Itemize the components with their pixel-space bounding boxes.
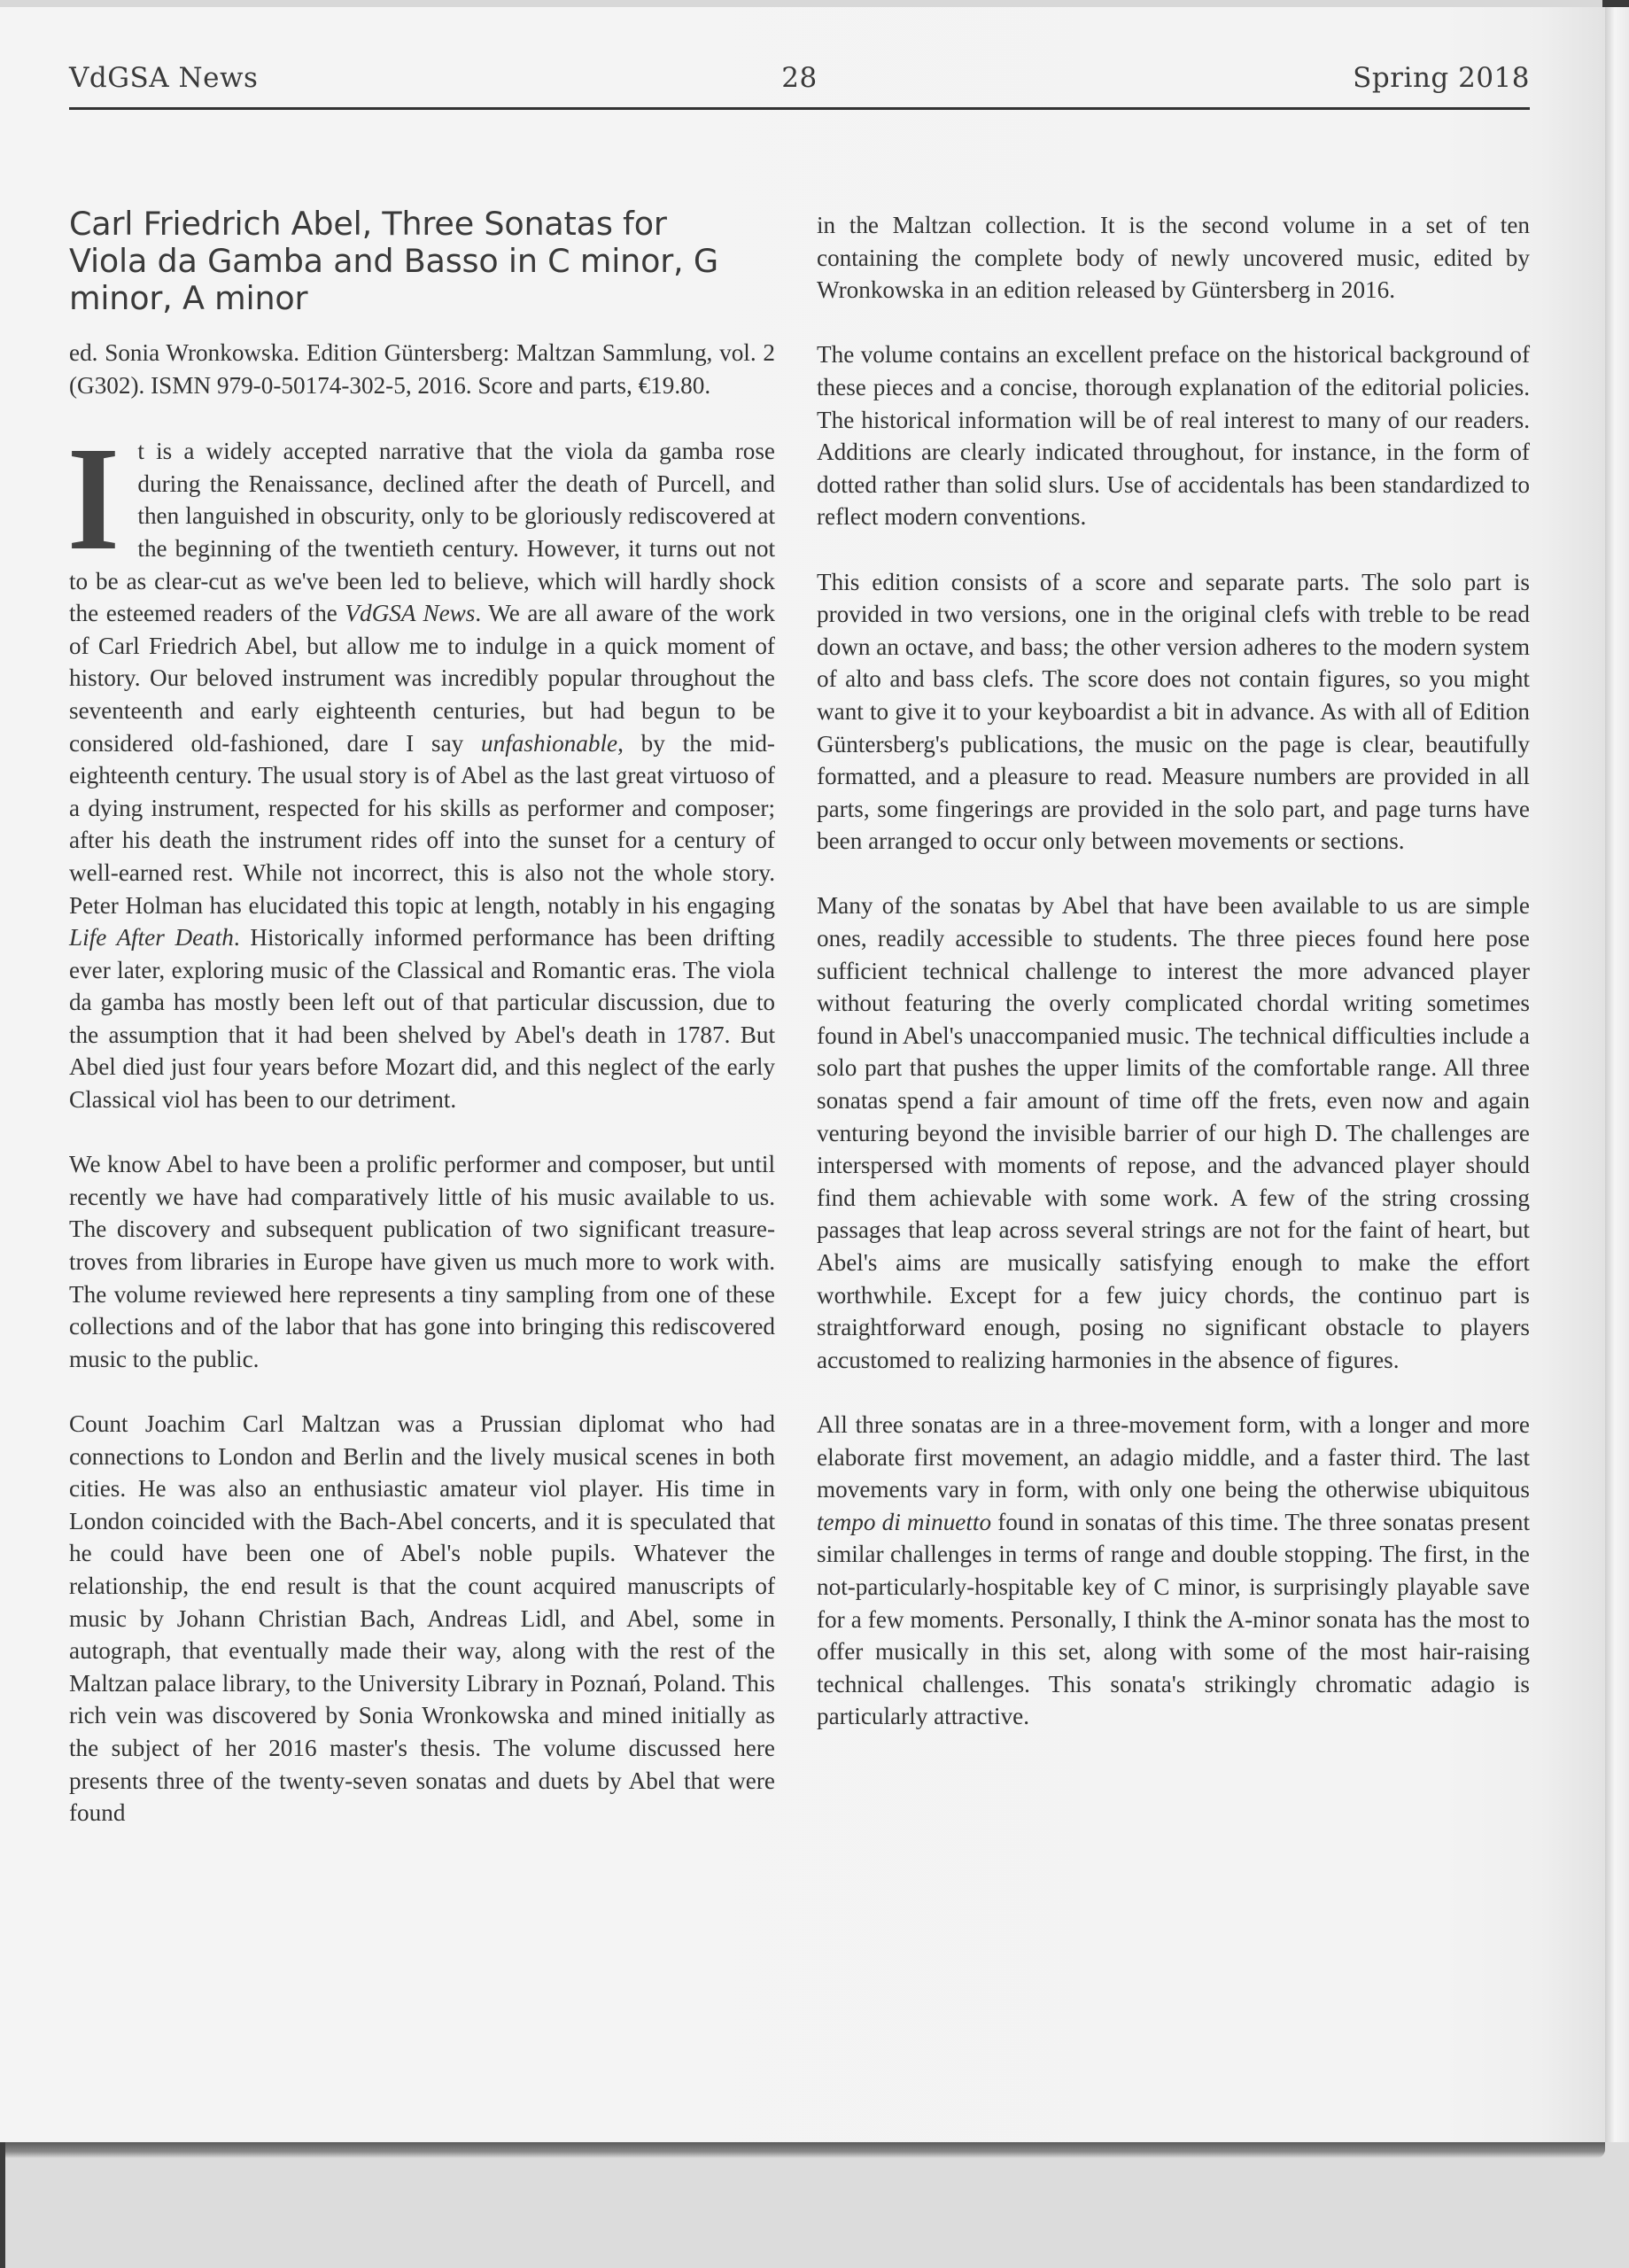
article-title: Carl Friedrich Abel, Three Sonatas for V… [69,206,775,317]
right-column: in the Maltzan collection. It is the sec… [817,209,1530,1766]
page-number: 28 [69,62,1530,94]
paragraph: We know Abel to have been a prolific per… [69,1148,775,1375]
paragraph: The volume contains an excellent preface… [817,338,1530,533]
page-gutter-edge [1605,7,1629,2142]
scan-top-edge [0,0,1629,7]
running-head: VdGSA News 28 Spring 2018 [69,62,1530,106]
issue-date: Spring 2018 [1353,62,1530,94]
page-bottom-shadow [0,2142,1605,2158]
italic-title-vdgsa-news: VdGSA News [345,600,475,626]
header-rule [69,107,1530,110]
italic-unfashionable: unfashionable [481,730,617,757]
paragraph: Count Joachim Carl Maltzan was a Prussia… [69,1408,775,1829]
bibliographic-citation: ed. Sonia Wronkowska. Edition Güntersber… [69,337,775,401]
paragraph: This edition consists of a score and sep… [817,566,1530,858]
paragraph-intro: It is a widely accepted narrative that t… [69,435,775,1115]
italic-tempo-marking: tempo di minuetto [817,1509,991,1535]
left-column: Carl Friedrich Abel, Three Sonatas for V… [69,206,775,1829]
paragraph-continued: in the Maltzan collection. It is the sec… [817,209,1530,307]
drop-cap: I [67,440,120,564]
paragraph: Many of the sonatas by Abel that have be… [817,889,1530,1376]
scan-left-edge [0,2142,5,2268]
paragraph: All three sonatas are in a three-movemen… [817,1409,1530,1733]
italic-book-title: Life After Death [69,924,234,951]
